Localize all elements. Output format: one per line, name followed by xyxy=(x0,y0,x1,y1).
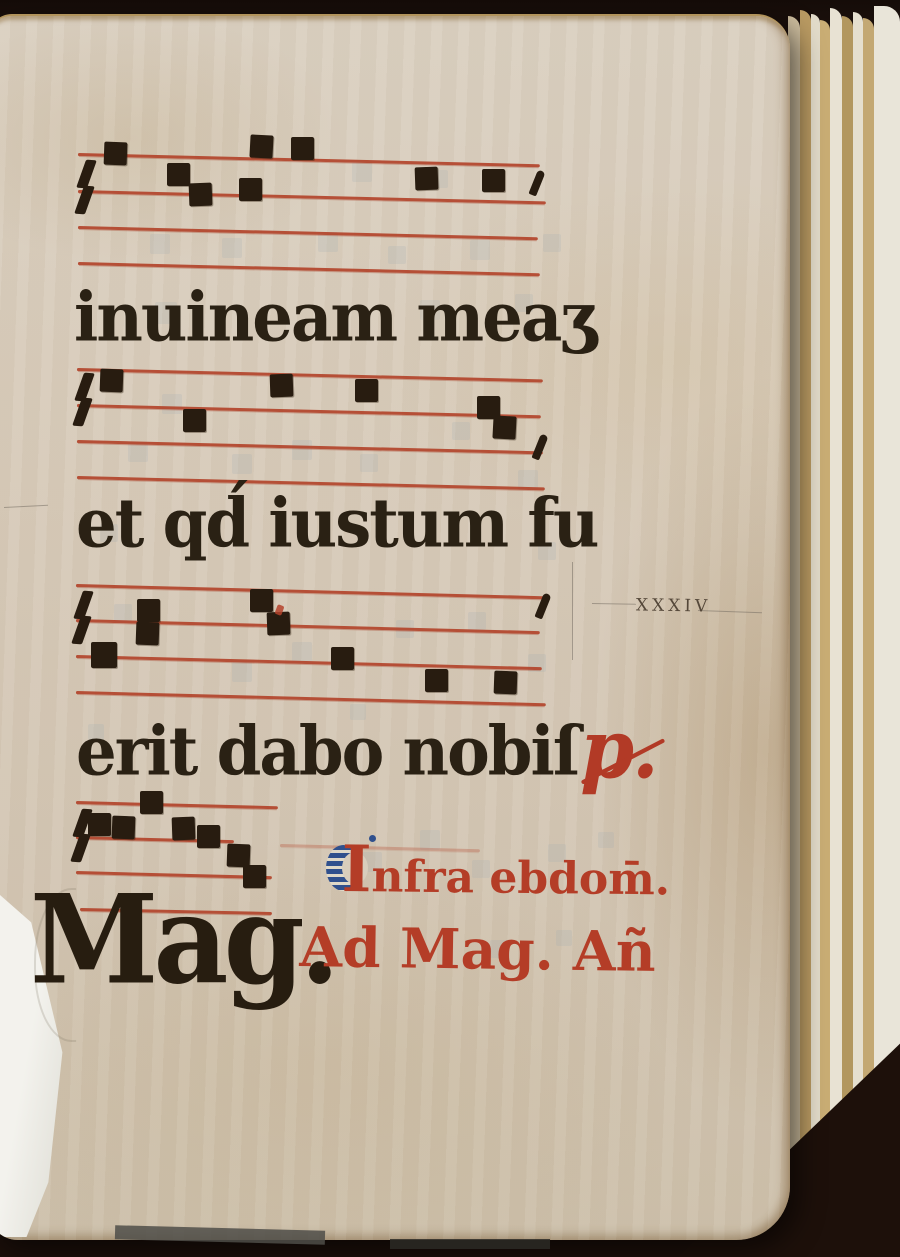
neume xyxy=(197,825,220,848)
neume xyxy=(494,671,518,695)
lyric-line-3-text: erit dabo nobiſ xyxy=(76,712,578,792)
neume xyxy=(249,134,273,158)
neume xyxy=(88,813,111,836)
page-edge xyxy=(853,12,863,1227)
ghost xyxy=(222,238,242,258)
ghost xyxy=(470,240,490,260)
neume xyxy=(239,178,262,201)
ghost xyxy=(232,454,252,474)
page-bottom-shadow xyxy=(390,1239,550,1249)
page-edge xyxy=(863,18,874,1158)
neume xyxy=(355,379,378,402)
staff-line xyxy=(77,368,543,382)
ghost xyxy=(352,162,372,182)
staff-line xyxy=(77,404,541,418)
clef-mark xyxy=(71,616,92,645)
rubric-infra-ebdom: Infra ebdom̄. xyxy=(341,832,670,910)
lyric-line-2: et qd́ iustum fu xyxy=(76,484,597,564)
neume xyxy=(136,622,160,646)
lyric-line-3: erit dabo nobiſp. xyxy=(76,699,657,794)
pencil xyxy=(592,603,636,605)
neume xyxy=(137,599,160,622)
lyric-line-1: inuineam meaʒ xyxy=(74,278,595,358)
rubric-ad-magnificat: Ad Mag. Añ xyxy=(299,914,656,984)
ghost xyxy=(162,394,182,414)
manuscript-photo: inuineam meaʒ et qd́ iustum fu erit dabo… xyxy=(0,0,900,1257)
ghost xyxy=(468,612,486,630)
folio-number: XXXIV xyxy=(636,595,712,616)
neume xyxy=(291,137,314,160)
psalm-abbreviation: p. xyxy=(580,702,656,797)
ghost xyxy=(232,662,252,682)
neume xyxy=(112,816,136,840)
neume xyxy=(425,669,448,692)
ghost xyxy=(388,246,406,264)
comma-mark xyxy=(528,169,545,196)
neume xyxy=(227,844,251,868)
staff-line xyxy=(76,584,544,599)
neume xyxy=(250,589,273,612)
page-edge xyxy=(830,8,842,1243)
neume xyxy=(167,163,190,186)
staff-line xyxy=(78,262,540,276)
neume xyxy=(172,817,196,841)
clef-mark xyxy=(70,834,91,863)
pencil xyxy=(572,562,573,660)
neume xyxy=(104,142,128,166)
ghost xyxy=(128,442,148,462)
ghost xyxy=(543,234,561,252)
staff-line xyxy=(78,190,546,204)
neume xyxy=(415,167,439,191)
comma-mark xyxy=(531,433,548,460)
neume xyxy=(331,647,354,670)
neume xyxy=(140,791,163,814)
neume xyxy=(270,374,294,398)
staff-line xyxy=(76,801,278,809)
chant-notation xyxy=(0,14,790,1240)
magnificat-incipit: Mag. xyxy=(30,868,335,1012)
neume xyxy=(482,169,505,192)
neume xyxy=(183,409,206,432)
page-edge xyxy=(800,10,811,1220)
page-edge xyxy=(811,14,820,1209)
staff-line xyxy=(78,226,538,240)
page-edge xyxy=(820,20,830,1200)
neume xyxy=(100,369,124,393)
ghost xyxy=(150,234,170,254)
ghost xyxy=(452,422,470,440)
manuscript-page: inuineam meaʒ et qd́ iustum fu erit dabo… xyxy=(0,14,790,1240)
pencil xyxy=(4,505,48,508)
neume xyxy=(492,415,516,439)
clef-mark xyxy=(76,160,97,189)
ghost xyxy=(292,440,312,460)
ghost xyxy=(360,454,378,472)
neume xyxy=(91,642,117,668)
neume xyxy=(189,183,213,207)
page-edge xyxy=(842,16,853,1176)
clef-mark xyxy=(72,398,93,427)
ghost xyxy=(292,642,312,662)
